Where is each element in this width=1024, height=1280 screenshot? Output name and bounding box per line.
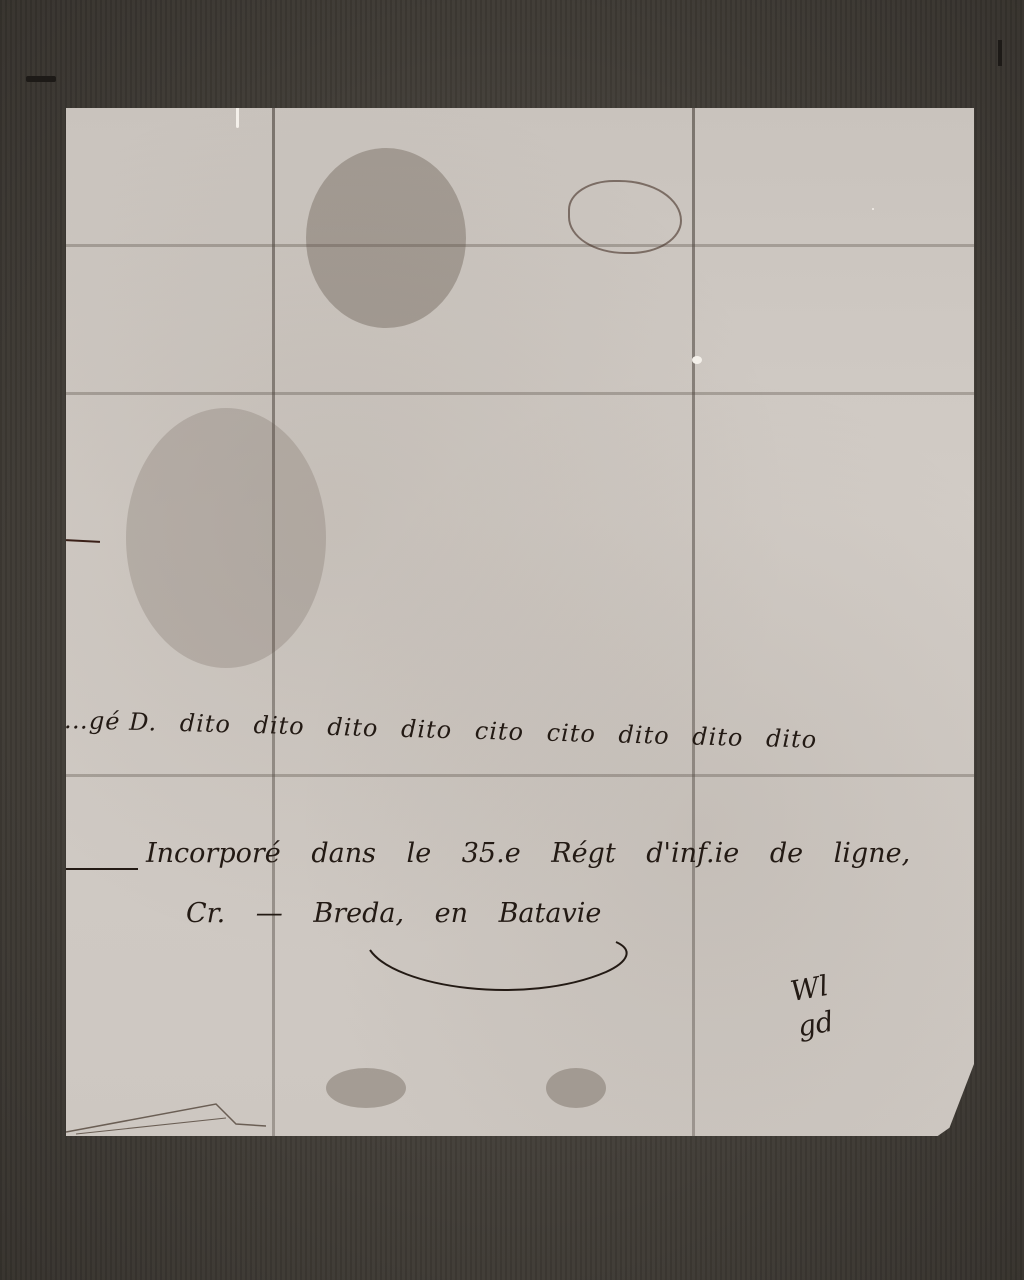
ditto-word: dito [253,711,305,740]
initials-bottom: gd [794,1003,837,1045]
backing-mark [26,76,56,82]
vertical-fold-crease [692,108,695,1136]
ditto-word: dito [401,715,453,744]
foxing-stain [306,148,466,328]
ditto-line: …gé D. dito dito dito dito cito cito dit… [64,706,832,754]
foxing-stain [326,1068,406,1108]
margin-stroke [66,539,100,543]
horizontal-fold-crease [66,774,974,777]
horizontal-fold-crease [66,392,974,395]
dust-speck [692,356,702,364]
ditto-word: dito [766,724,818,753]
clerk-initials: Wl gd [788,968,838,1045]
ditto-word: dito [179,709,231,738]
ditto-word: cito [546,719,596,748]
foxing-stain [546,1068,606,1108]
annotation-line-2: Cr. — Breda, en Batavie [186,898,601,929]
underline-flourish [366,928,636,1008]
annotation-line-1: Incorporé dans le 35.e Régt d'inf.ie de … [146,838,910,869]
foxing-stain [126,408,326,668]
letter-sheet: …gé D. dito dito dito dito cito cito dit… [66,108,974,1136]
ditto-word: dito [618,721,670,750]
ditto-prefix: …gé D. [64,706,158,736]
backing-mark [998,40,1002,66]
line-dash [66,868,138,870]
ditto-word: dito [327,713,379,742]
horizontal-fold-crease [66,244,974,247]
ditto-word: cito [474,717,524,746]
dust-speck [872,208,874,210]
wax-seal-residue [568,180,682,254]
ditto-word: dito [692,722,744,751]
torn-flap [66,1096,266,1136]
